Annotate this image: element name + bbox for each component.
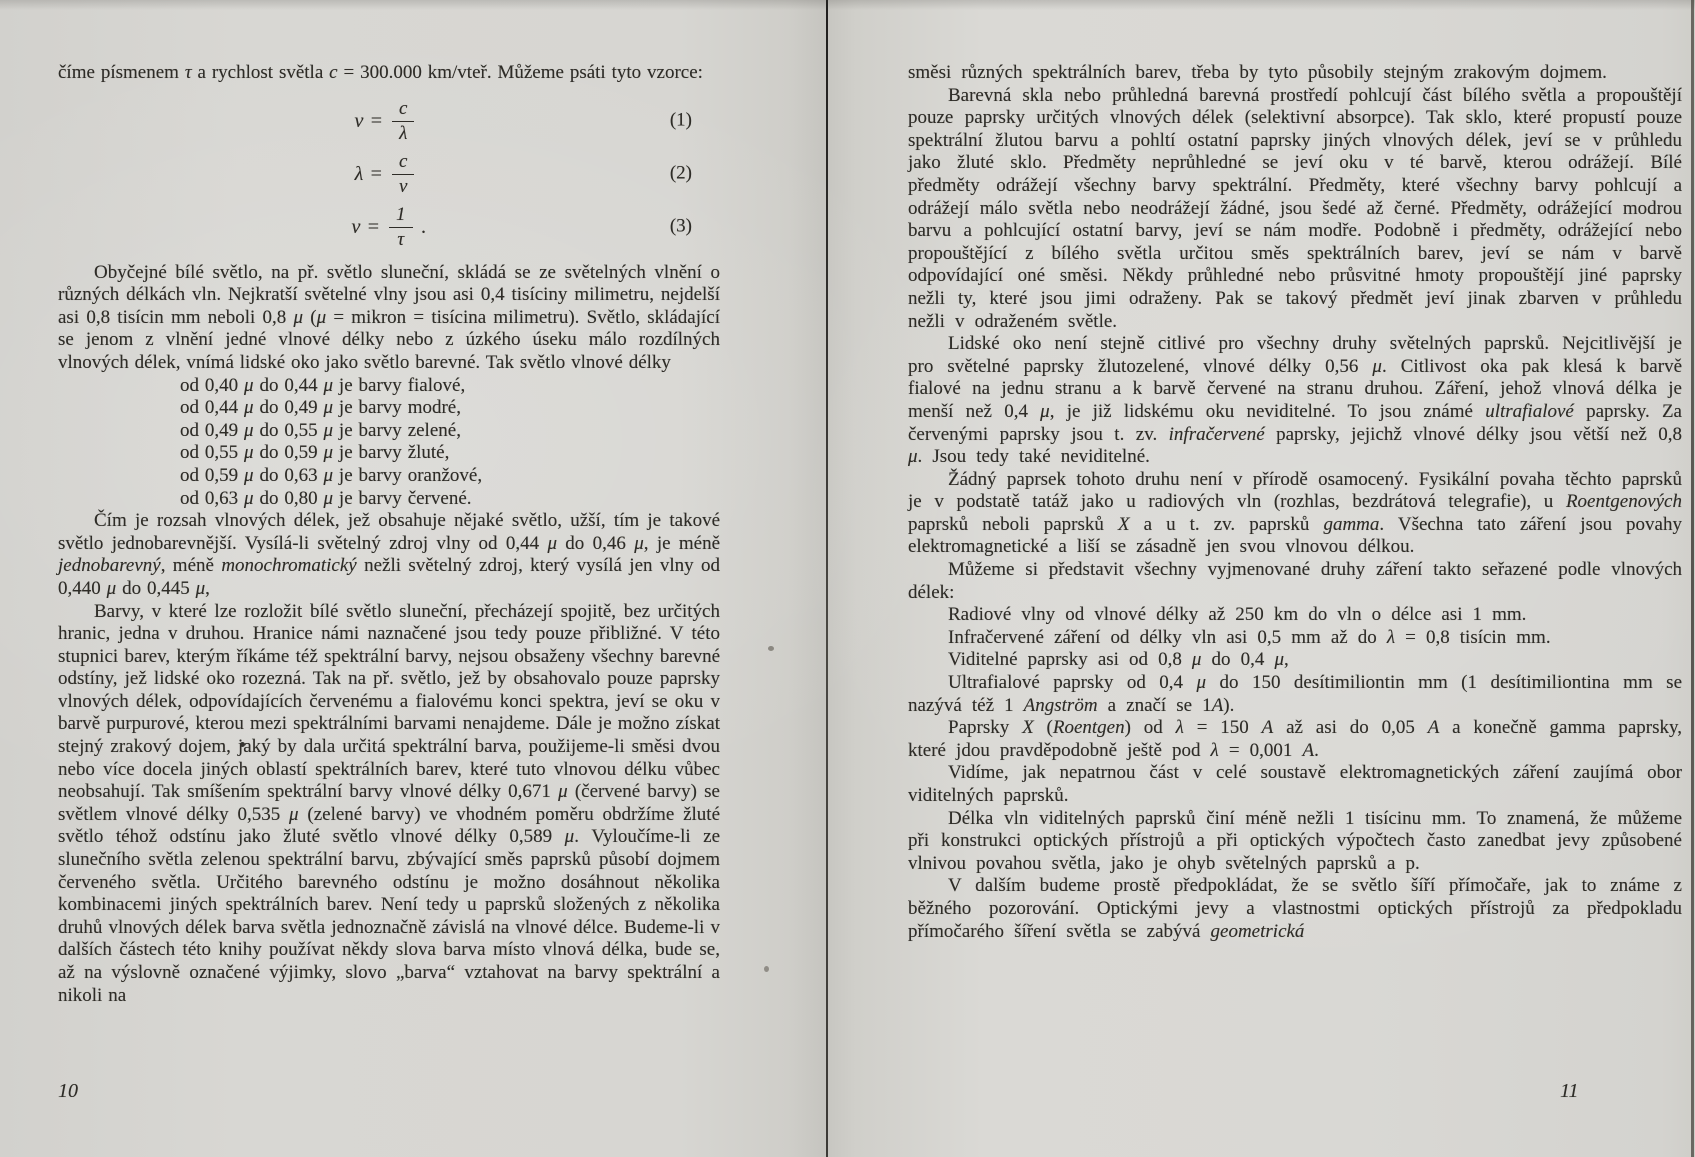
list-item: od 0,40 μ do 0,44 μ je barvy fialové,: [180, 375, 720, 398]
equation-formula: ν = 1 τ .: [351, 204, 426, 251]
paragraph: Paprsky X (Roentgen) od λ = 150 A až asi…: [908, 717, 1682, 762]
page-number-left: 10: [58, 1080, 78, 1103]
equation-3: ν = 1 τ . (3): [58, 201, 720, 254]
equation-block: ν = c λ (1) λ = c ν: [58, 95, 720, 254]
equation-number: (1): [670, 110, 692, 133]
list-item: od 0,44 μ do 0,49 μ je barvy modré,: [180, 397, 720, 420]
fraction-numerator: c: [392, 151, 414, 175]
paragraph: Můžeme si představit všechny vyjmenované…: [908, 559, 1682, 604]
equation-tail: .: [422, 216, 427, 239]
page-number-right: 11: [1560, 1080, 1579, 1103]
list-item: od 0,59 μ do 0,63 μ je barvy oranžové,: [180, 465, 720, 488]
paragraph: Barvy, v které lze rozložit bílé světlo …: [58, 601, 720, 1008]
fraction: 1 τ: [389, 204, 413, 251]
paragraph: Délka vln viditelných paprsků činí méně …: [908, 808, 1682, 876]
list-item: od 0,49 μ do 0,55 μ je barvy zelené,: [180, 420, 720, 443]
list-item: od 0,63 μ do 0,80 μ je barvy červené.: [180, 488, 720, 511]
equation-formula: λ = c ν: [355, 151, 424, 198]
equation-number: (3): [670, 216, 692, 239]
wavelength-color-list: od 0,40 μ do 0,44 μ je barvy fialové, od…: [180, 375, 720, 511]
page-edge-shadow: [1691, 0, 1694, 1157]
paragraph: Viditelné paprsky asi od 0,8 μ do 0,4 μ,: [908, 649, 1682, 672]
equation-lhs: ν =: [355, 110, 384, 133]
paragraph: Barevná skla nebo průhledná barevná pros…: [908, 85, 1682, 334]
fraction-numerator: c: [392, 98, 414, 122]
paragraph: Žádný paprsek tohoto druhu není v přírod…: [908, 469, 1682, 559]
equation-1: ν = c λ (1): [58, 95, 720, 148]
equation-formula: ν = c λ: [355, 98, 424, 145]
paragraph: Obyčejné bílé světlo, na př. světlo slun…: [58, 262, 720, 375]
paper-speck: [768, 646, 774, 651]
book-spread: číme písmenem τ a rychlost světla c = 30…: [0, 0, 1695, 1157]
equation-lhs: ν =: [351, 216, 380, 239]
list-item: od 0,55 μ do 0,59 μ je barvy žluté,: [180, 442, 720, 465]
fraction-denominator: ν: [399, 175, 407, 198]
fraction: c λ: [392, 98, 414, 145]
fraction-numerator: 1: [389, 204, 413, 228]
equation-number: (2): [670, 163, 692, 186]
paragraph: Ultrafialové paprsky od 0,4 μ do 150 des…: [908, 672, 1682, 717]
ink-speck: [240, 742, 245, 747]
paragraph: V dalším budeme prostě předpokládat, že …: [908, 875, 1682, 943]
paragraph: číme písmenem τ a rychlost světla c = 30…: [58, 62, 720, 85]
paragraph: Radiové vlny od vlnové délky až 250 km d…: [908, 604, 1682, 627]
page-right: směsi různých spektrálních barev, třeba …: [908, 62, 1682, 943]
paragraph: směsi různých spektrálních barev, třeba …: [908, 62, 1682, 85]
paragraph: Vidíme, jak nepatrnou část v celé sousta…: [908, 762, 1682, 807]
paper-speck: [764, 966, 769, 972]
paragraph: Čím je rozsah vlnových délek, jež obsahu…: [58, 510, 720, 600]
paragraph: Lidské oko není stejně citlivé pro všech…: [908, 333, 1682, 469]
page-left: číme písmenem τ a rychlost světla c = 30…: [58, 62, 720, 1007]
fraction-denominator: τ: [397, 228, 404, 251]
binding-gutter: [826, 0, 828, 1157]
equation-2: λ = c ν (2): [58, 148, 720, 201]
equation-lhs: λ =: [355, 163, 383, 186]
fraction-denominator: λ: [399, 122, 407, 145]
paragraph: Infračervené záření od délky vln asi 0,5…: [908, 627, 1682, 650]
fraction: c ν: [392, 151, 414, 198]
